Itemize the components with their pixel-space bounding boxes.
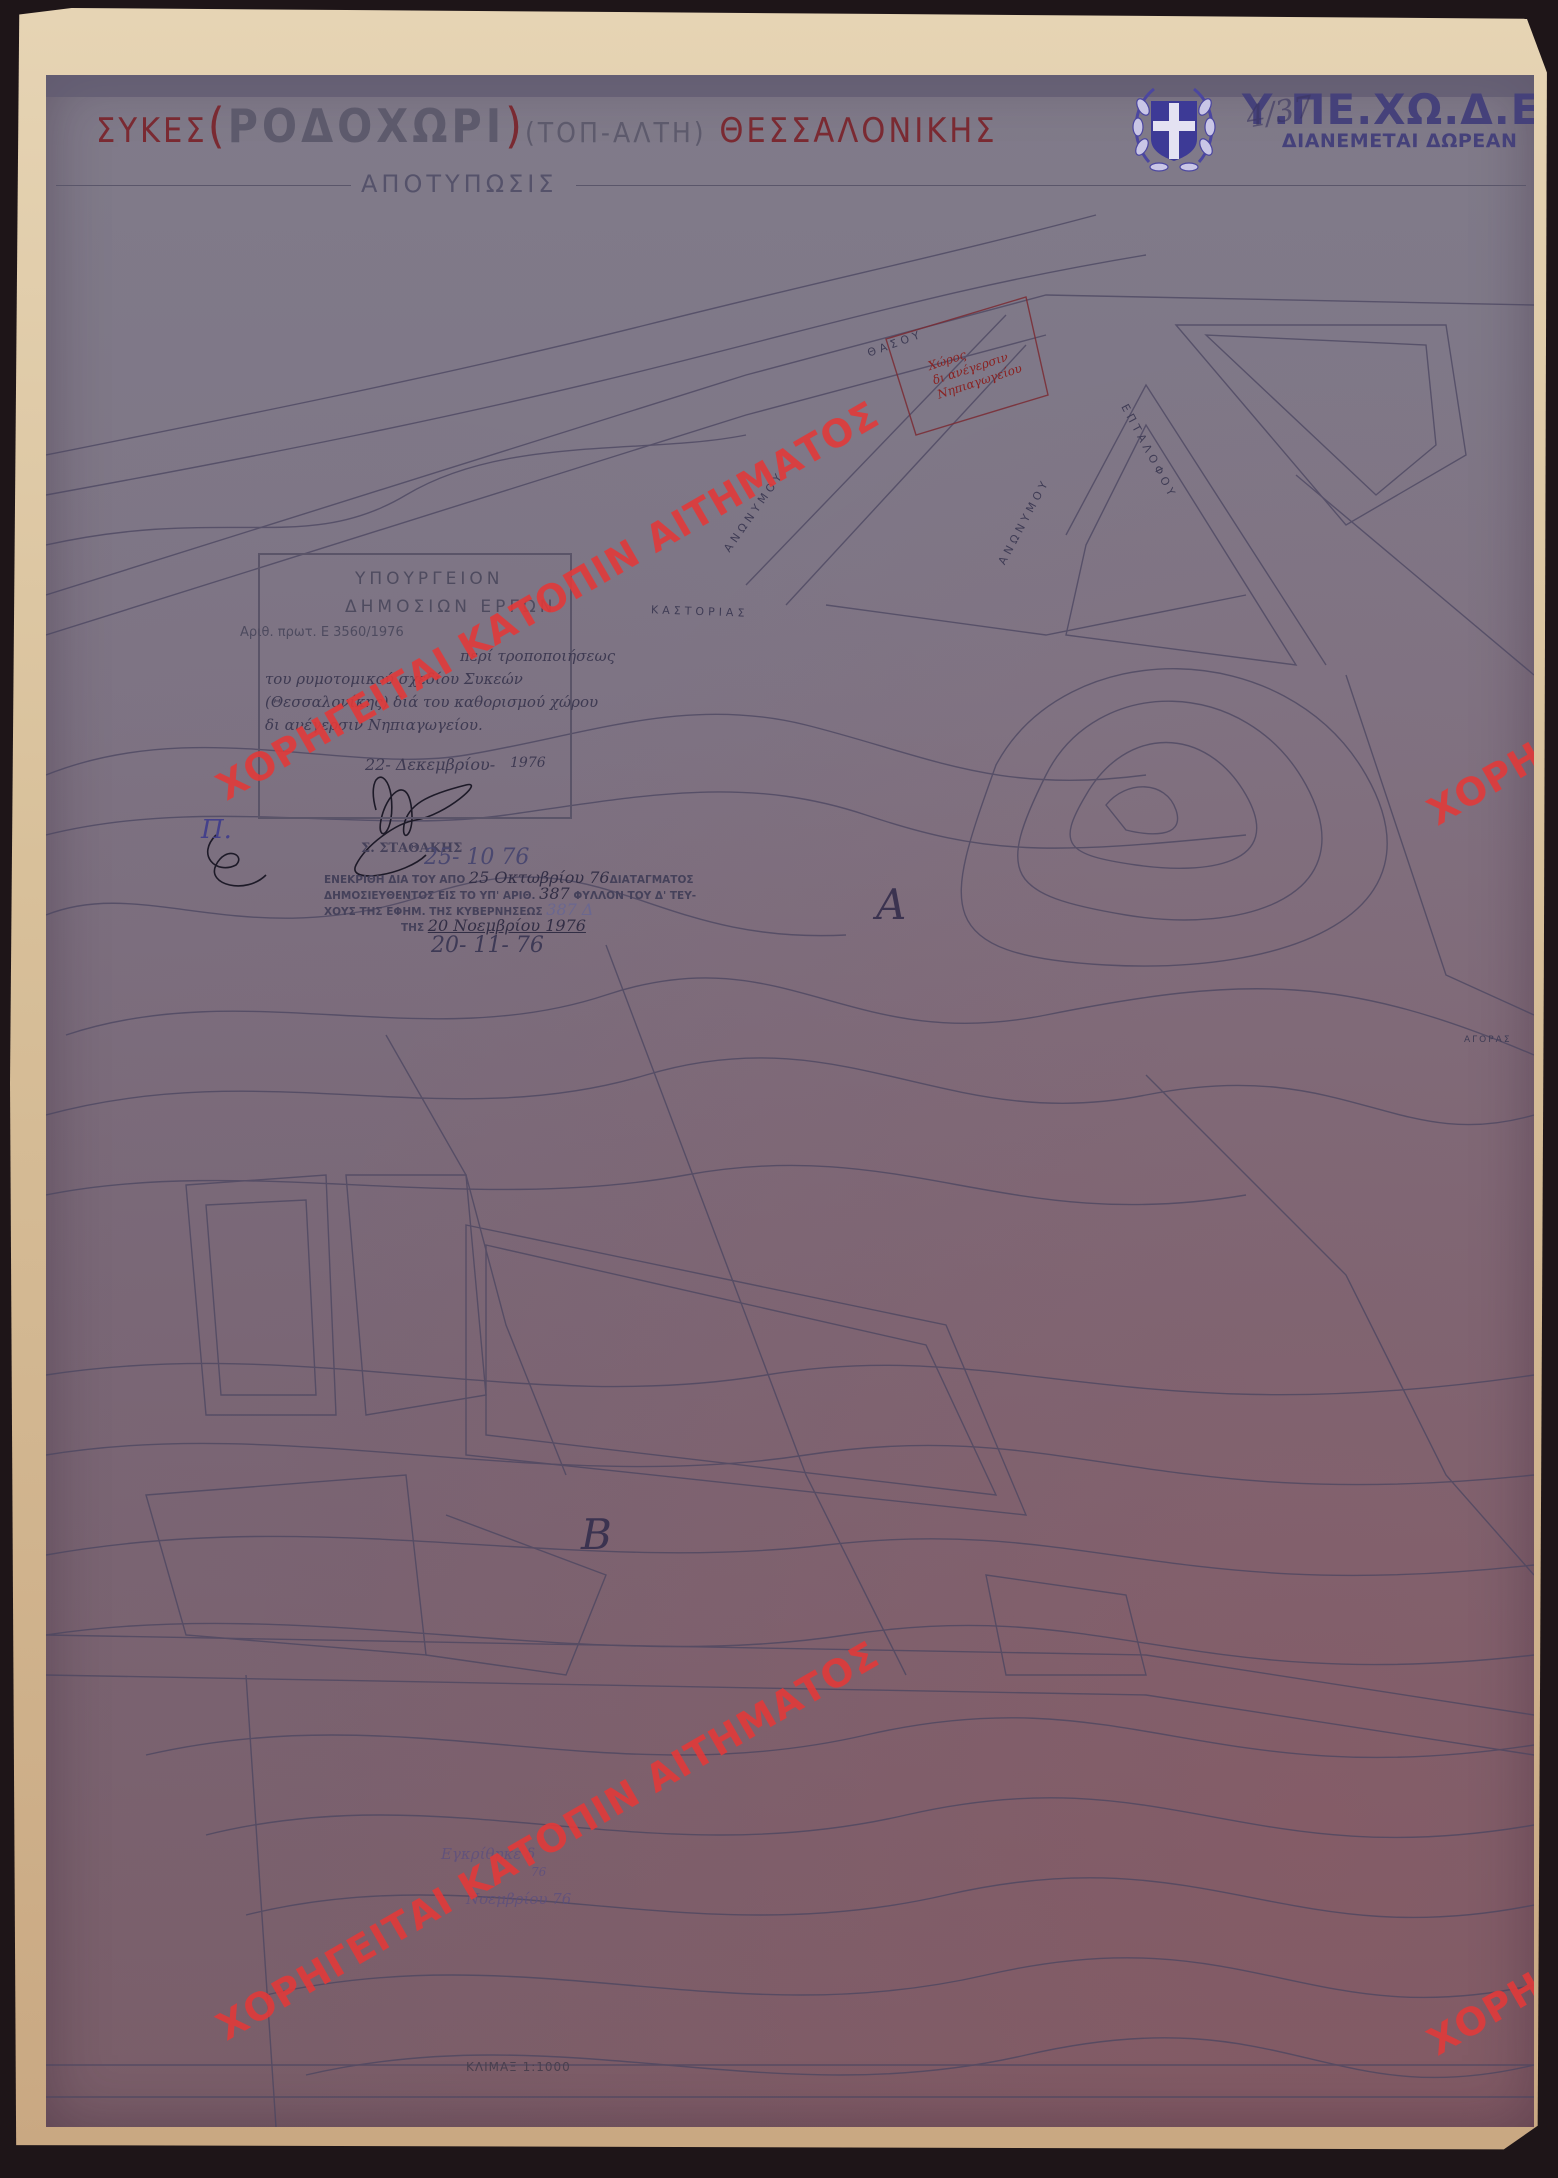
subtitle-rule (576, 185, 1526, 186)
distribution-note: ΔΙΑΝΕΜΕΤΑΙ ΔΩΡΕΑΝ (1242, 130, 1534, 152)
approval-decree-text: ΕΝΕΚΡΙΘΗ ΔΙΑ ΤΟΥ ΑΠΟ 25 Οκτωβρίου 76ΔΙΑΤ… (324, 868, 696, 932)
title-locality: ΡΟΔΟΧΩΡΙ (228, 99, 506, 153)
map-title: ΣΥΚΕΣ(ΡΟΔΟΧΩΡΙ)(ΤΟΠ-ΑΛΤΗ) ΘΕΣΣΑΛΟΝΙΚΗΣ (96, 98, 998, 154)
title-prefix: ΣΥΚΕΣ (96, 111, 208, 151)
subtitle-rule (56, 185, 351, 186)
street-label-agoras: ΑΓΟΡΑΣ (1464, 1035, 1512, 1045)
title-district: (ΤΟΠ-ΑΛΤΗ) (525, 116, 707, 149)
side-initials: Π. (201, 815, 232, 845)
map-sheet: ΣΥΚΕΣ(ΡΟΔΟΧΩΡΙ)(ΤΟΠ-ΑΛΤΗ) ΘΕΣΣΑΛΟΝΙΚΗΣ Α… (46, 75, 1534, 2127)
title-region: ΘΕΣΣΑΛΟΝΙΚΗΣ (719, 111, 997, 151)
zone-label-a: Α (876, 880, 906, 929)
scale-label: ΚΛΙΜΑΞ 1:1000 (466, 2060, 571, 2074)
topographic-contours (46, 75, 1534, 2127)
handwritten-date-top: 25- 10 76 (424, 845, 529, 870)
zone-label-b: Β (581, 1510, 612, 1559)
handwritten-date-bottom: 20- 11- 76 (431, 933, 544, 958)
map-subtitle: ΑΠΟΤΥΠΩΣΙΣ (361, 170, 557, 198)
greek-coat-of-arms-icon (1129, 77, 1219, 177)
